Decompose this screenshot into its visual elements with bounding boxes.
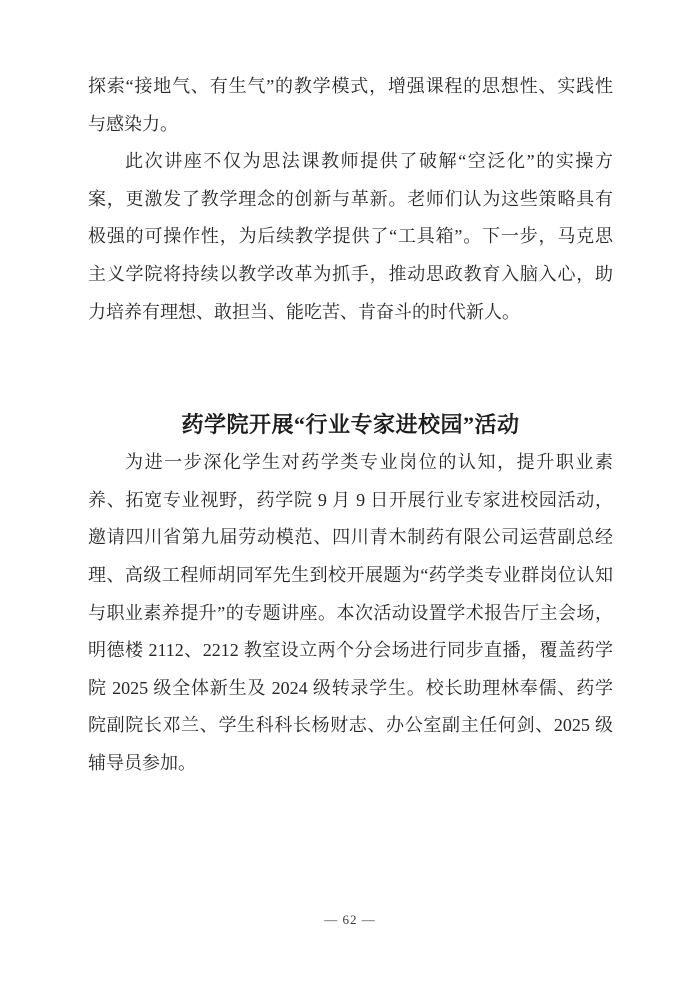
- text-line: 为进一步深化学生对药学类专业岗位的认知，提升职业素: [88, 444, 613, 482]
- text-line: 邀请四川省第九届劳动模范、四川青木制药有限公司运营副总经: [88, 519, 613, 557]
- article-title: 药学院开展“行业专家进校园”活动: [88, 406, 613, 444]
- text-line: 院 2025 级全体新生及 2024 级转录学生。校长助理林奉儒、药学: [88, 670, 613, 708]
- text-line: 院副院长邓兰、学生科科长杨财志、办公室副主任何剑、2025 级: [88, 707, 613, 745]
- text-line: 力培养有理想、敢担当、能吃苦、肯奋斗的时代新人。: [88, 294, 613, 332]
- text-line: 极强的可操作性，为后续教学提供了“工具箱”。下一步，马克思: [88, 218, 613, 256]
- text-line: 辅导员参加。: [88, 745, 613, 783]
- paragraph-pharmacy-activity: 为进一步深化学生对药学类专业岗位的认知，提升职业素养、拓宽专业视野，药学院 9 …: [88, 444, 613, 782]
- document-page: 探索“接地气、有生气”的教学模式，增强课程的思想性、实践性与感染力。 此次讲座不…: [0, 0, 700, 989]
- text-line: 此次讲座不仅为思法课教师提供了破解“空泛化”的实操方: [88, 143, 613, 181]
- text-line: 与感染力。: [88, 106, 613, 144]
- text-line: 明德楼 2112、2212 教室设立两个分会场进行同步直播，覆盖药学: [88, 632, 613, 670]
- text-line: 主义学院将持续以教学改革为抓手，推动思政教育入脑入心，助: [88, 256, 613, 294]
- page-content: 探索“接地气、有生气”的教学模式，增强课程的思想性、实践性与感染力。 此次讲座不…: [88, 68, 613, 783]
- paragraph-lecture-summary: 此次讲座不仅为思法课教师提供了破解“空泛化”的实操方案，更激发了教学理念的创新与…: [88, 143, 613, 331]
- page-number: — 62 —: [0, 912, 700, 928]
- text-line: 养、拓宽专业视野，药学院 9 月 9 日开展行业专家进校园活动，: [88, 482, 613, 520]
- paragraph-continuation: 探索“接地气、有生气”的教学模式，增强课程的思想性、实践性与感染力。: [88, 68, 613, 143]
- text-line: 探索“接地气、有生气”的教学模式，增强课程的思想性、实践性: [88, 68, 613, 106]
- text-line: 案，更激发了教学理念的创新与革新。老师们认为这些策略具有: [88, 181, 613, 219]
- text-line: 理、高级工程师胡同军先生到校开展题为“药学类专业群岗位认知: [88, 557, 613, 595]
- text-line: 与职业素养提升”的专题讲座。本次活动设置学术报告厅主会场，: [88, 595, 613, 633]
